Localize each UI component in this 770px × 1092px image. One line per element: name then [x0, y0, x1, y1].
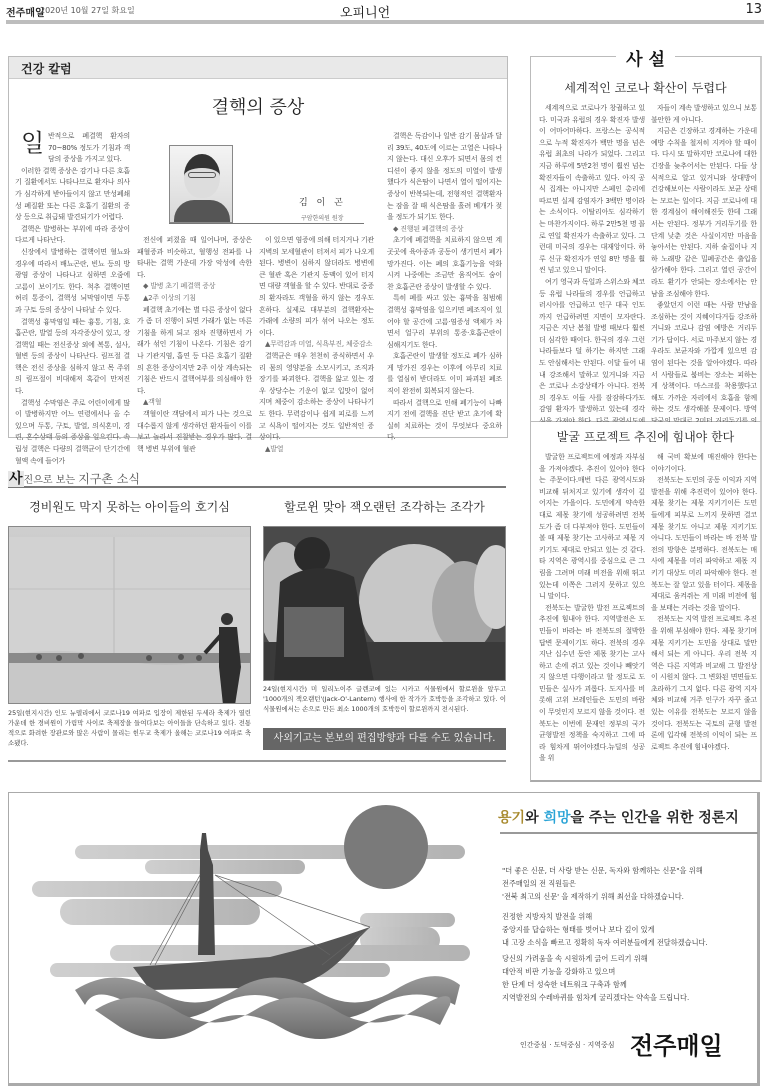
ad-line: 중앙지를 답습하는 형태를 벗어나 보다 깊이 있게: [502, 923, 708, 936]
ad-line: '전북 최고의 신문' 을 제작하기 위해 최선을 다하겠습니다.: [502, 890, 703, 903]
author-name: 김 이 곤: [299, 195, 346, 208]
paragraph: 따라서 결핵으로 인해 폐기능이 나빠지기 전에 결핵을 진단 받고 초기에 확…: [387, 398, 502, 444]
author-role: 구암한의원 원장: [301, 213, 343, 222]
ad-line: "더 좋은 신문, 더 사랑 받는 신문, 독자와 함께하는 신문"을 위해: [502, 864, 703, 877]
ad-line: 내 고장 소식을 빠르고 정확히 독자 여러분들에게 전달하겠습니다.: [502, 936, 708, 949]
paragraph: 이 있으면 염증에 의해 터지거나 기관지벽의 모세혈관이 터져서 피가 나오게…: [259, 235, 374, 339]
drop-cap: 일: [21, 131, 44, 155]
masthead-date: 2020년 10월 27일 화요일: [40, 5, 135, 16]
paragraph: 여기 영국과 독일과 스위스와 체코 등 유럽 나라들의 경우를 언급하고 러시…: [539, 277, 645, 439]
photo-caption-1: 25일(현지시간) 인도 뉴델리에서 코로나19 여파로 입장이 제한된 두세라…: [8, 708, 251, 748]
subheading: ▲발열: [259, 444, 374, 456]
paragraph: 일반적으로 폐결핵 환자의 70~80% 정도가 기침과 객담의 증상을 가지고…: [15, 131, 130, 166]
editorial-title-1: 세계적인 코로나 확산이 두렵다: [531, 79, 760, 96]
paragraph: 자들이 계속 발생하고 있으니 보통 불안한 게 아니다.: [651, 103, 757, 126]
article-column-2: 전신에 퍼졌을 때 일어나며, 증상은 패혈증과 비슷하고, 혈행성 전파를 나…: [137, 235, 252, 455]
article-column-4: 결핵은 독감이나 일반 감기 몸살과 달리 39도, 40도에 이르는 고열은 …: [387, 131, 502, 444]
editorial-2-column-1: 발굴한 프로젝트에 예정과 자부심을 가져야겠다. 추진이 있어야 한다는 주문…: [539, 452, 645, 765]
editorial-1-column-1: 세계적으로 코로나가 창궐하고 있다. 미국과 유럽의 경우 확진자 발생이 어…: [539, 103, 645, 439]
article-title: 결핵의 증상: [9, 93, 507, 119]
subheading: ▲객혈: [137, 397, 252, 409]
ad-line: 진정한 지방자치 발전을 위해: [502, 910, 708, 923]
author-photo: [169, 145, 233, 223]
ad-line: 전주매일의 전 직원들은: [502, 877, 703, 890]
ad-line: 지역발전의 수레바퀴를 힘차게 굴리겠다는 약속을 드립니다.: [502, 991, 689, 1004]
editorial-title-2: 발굴 프로젝트 추진에 힘내야 한다: [531, 428, 760, 445]
photo-title-2: 할로윈 맞아 잭오랜턴 조각하는 조각가: [263, 498, 506, 515]
paragraph: 객혈이란 객담에서 피가 나는 것으로 대수롭지 않게 생각하던 환자들이 이를…: [137, 409, 252, 455]
paragraph: 전북도는 도민의 공동 이익과 지역 발전을 위해 추진력이 있어야 한다. 제…: [651, 475, 757, 614]
paragraph: 호흡곤란이 발생할 정도로 폐가 심하게 망가진 경우는 이후에 아무리 치료를…: [387, 351, 502, 397]
section-title: 오피니언: [340, 2, 390, 21]
subheading: ◆ 진행된 폐결핵의 증상: [387, 224, 502, 236]
ad-tagline: 인간중심 · 도덕중심 · 지역중심: [520, 1040, 615, 1050]
editorial-label: 사 설: [616, 50, 675, 70]
paragraph: 결핵균은 매우 천천히 증식하면서 우리 몸의 영양분을 소모시키고, 조직과 …: [259, 351, 374, 444]
ad-paragraph-1: "더 좋은 신문, 더 사랑 받는 신문, 독자와 함께하는 신문"을 위해 전…: [502, 864, 703, 903]
paragraph: 발굴한 프로젝트에 예정과 자부심을 가져야겠다. 추진이 있어야 한다는 주문…: [539, 452, 645, 603]
paragraph: 전신에 퍼졌을 때 일어나며, 증상은 패혈증과 비슷하고, 혈행성 전파를 나…: [137, 235, 252, 281]
ad-line: 대안적 비판 기능을 강화하고 있으며: [502, 965, 689, 978]
editorial-1-column-2: 자들이 계속 발생하고 있으니 보통 불안한 게 아니다.지금은 긴장하고 경계…: [651, 103, 757, 451]
article-column-1: 일반적으로 폐결핵 환자의 70~80% 정도가 기침과 객담의 증상을 가지고…: [15, 131, 130, 467]
photo-news-header: 사진으로 보는 지구촌 소식: [8, 468, 506, 488]
subheading: ▲무력감과 미열, 식욕부진, 체중감소: [259, 339, 374, 351]
photo-title-1: 경비원도 막지 못하는 아이들의 호기심: [8, 498, 251, 515]
author-divider: [169, 223, 364, 224]
subheading: ◆ 발병 초기 폐결핵 증상: [137, 281, 252, 293]
paragraph: 신장에서 발병하는 결핵이면 혈뇨와 경우에 따라서 배뇨곤란, 빈뇨 등의 방…: [15, 247, 130, 317]
paragraph: 폐결핵 초기에는 별 다른 증상이 없다가 좀 더 진행이 되면 가래가 없는 …: [137, 305, 252, 398]
paragraph: 결핵은 독감이나 일반 감기 몸살과 달리 39도, 40도에 이르는 고열은 …: [387, 131, 502, 224]
photo-pumpkin-carver: [263, 526, 506, 681]
paragraph: 세계적으로 코로나가 창궐하고 있다. 미국과 유럽의 경우 확진자 발생이 어…: [539, 103, 645, 277]
photo-caption-2: 24일(현지시간) 미 일리노이주 글렌코에 있는 시카고 식물원에서 할로윈을…: [263, 684, 506, 714]
ad-line: 한 단계 더 성숙한 네트워크 구축과 함께: [502, 978, 689, 991]
paragraph: 지금은 긴장하고 경계하는 가운데 예방 수칙을 철저히 지켜야 할 때이다. …: [651, 126, 757, 300]
ad-paragraph-3: 당신의 가려움을 속 시원하게 긁어 드리기 위해대안적 비판 기능을 강화하고…: [502, 952, 689, 1004]
ad-slogan: 용기와 희망을 주는 인간을 위한 정론지: [498, 807, 739, 827]
editorial-box-2: 발굴 프로젝트 추진에 힘내야 한다 발굴한 프로젝트에 예정과 자부심을 가져…: [530, 422, 762, 782]
ship-illustration: [30, 805, 470, 1045]
subheading: ▲2주 이상의 기침: [137, 293, 252, 305]
paragraph: 결핵은 발병하는 부위에 따라 증상이 다르게 나타난다.: [15, 224, 130, 247]
editorial-2-column-2: 해 국비 확보에 매진해야 한다는 이야기이다.전북도는 도민의 공동 이익과 …: [651, 452, 757, 753]
photo-guard-children: [8, 526, 251, 704]
editorial-box: 사 설 세계적인 코로나 확산이 두렵다 세계적으로 코로나가 창궐하고 있다.…: [530, 56, 762, 422]
page-number: 13: [745, 2, 762, 17]
article-column-3: 이 있으면 염증에 의해 터지거나 기관지벽의 모세혈관이 터져서 피가 나오게…: [259, 235, 374, 455]
paragraph: 특히 폐를 싸고 있는 흉막을 침범해 결핵성 흉막염을 일으키면 폐조직이 있…: [387, 293, 502, 351]
paragraph: 해 국비 확보에 매진해야 한다는 이야기이다.: [651, 452, 757, 475]
ad-divider: [500, 832, 758, 834]
health-column: 건강 칼럼 결핵의 증상 김 이 곤 구암한의원 원장 일반적으로 폐결핵 환자…: [8, 56, 508, 438]
column-label: 건강 칼럼: [9, 57, 507, 79]
paragraph: 전북도는 발굴한 발전 프로젝트의 추진에 힘내야 한다. 지역발전은 도민들이…: [539, 603, 645, 765]
paragraph: 결핵성 흉막염일 때는 흉통, 기침, 호흡곤란, 발열 등의 자각증상이 있고…: [15, 317, 130, 398]
paragraph: 결핵성 수막염은 주로 어린이에게 많이 발병하지만 어느 연령에서나 올 수 …: [15, 398, 130, 468]
disclaimer-notice: 사외기고는 본보의 편집방향과 다를 수도 있습니다.: [263, 728, 506, 750]
masthead-brand: 전주매일: [6, 4, 45, 19]
section-divider: [8, 760, 506, 762]
masthead-rule: [6, 20, 764, 24]
paragraph: 이러한 결핵 증상은 감기나 다른 호흡기 질환에서도 나타나므로 환자나 의사…: [15, 166, 130, 224]
ad-line: 당신의 가려움을 속 시원하게 긁어 드리기 위해: [502, 952, 689, 965]
paragraph: 초기에 폐결핵을 치료하지 않으면 계 곳곳에 육아종과 공동이 생기면서 폐가…: [387, 235, 502, 293]
paragraph: 전북도는 지역 발전 프로젝트 추진을 위해 부심해야 한다. 제몫 찾기며 제…: [651, 614, 757, 753]
ad-paragraph-2: 진정한 지방자치 발전을 위해중앙지를 답습하는 형태를 벗어나 보다 깊이 있…: [502, 910, 708, 949]
newspaper-logo: 전주매일: [630, 1026, 723, 1061]
